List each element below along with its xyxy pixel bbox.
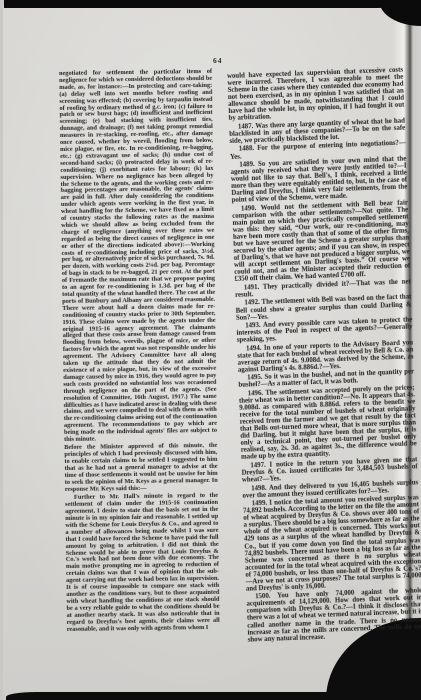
paragraph: Before the Minister approved of this min… (64, 443, 218, 493)
paragraph: would have expected lax supervision that… (227, 67, 405, 123)
photo-top-edge (4, 0, 421, 8)
paragraph: 1490. Would not the settlement with Bell… (232, 199, 411, 283)
page-number: 64 (213, 56, 223, 65)
paragraph: 1489. So you are satisfied in your own m… (230, 156, 407, 205)
text-column-right: would have expected lax supervision that… (227, 67, 421, 645)
paragraph: 1494. In one of your reports to the Advi… (237, 339, 414, 374)
paragraph: Further to Mr. Hall's minute in regard t… (65, 493, 220, 633)
book-spine-shadow (0, 0, 60, 700)
paragraph: 1500. You have only 74,000 against the w… (246, 588, 421, 644)
paragraph: 1499. I notice the total amount you rece… (243, 494, 421, 592)
photo-bottom-edge (6, 692, 371, 700)
paragraph: negotiated for settlement the particular… (59, 69, 217, 444)
paragraph: 1496. The settlement was accepted purely… (239, 384, 417, 461)
text-column-left: negotiated for settlement the particular… (59, 69, 220, 635)
